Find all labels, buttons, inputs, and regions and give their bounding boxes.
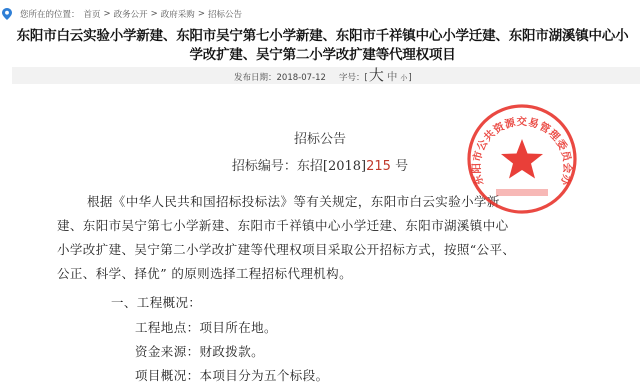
breadcrumb-separator: > [198, 9, 205, 19]
breadcrumb: 您所在的位置： 首页 > 政务公开 > 政府采购 > 招标公告 [2, 7, 242, 21]
breadcrumb-gov-affairs[interactable]: 政务公开 [114, 8, 148, 20]
breadcrumb-prefix: 您所在的位置： [20, 8, 80, 20]
publish-date: 发布日期：2018-07-12 [234, 71, 326, 83]
breadcrumb-separator: > [151, 9, 158, 19]
tender-number-prefix: 招标编号：东招[2018] [232, 159, 366, 174]
document-heading: 招标公告 [0, 128, 640, 147]
breadcrumb-tender-notice[interactable]: 招标公告 [208, 8, 242, 20]
paragraph-line: 根据《中华人民共和国招标投标法》等有关规定，东阳市白云实验小学新 [87, 192, 500, 210]
font-size-selector: 字号：[ 大 中 小 ] [339, 67, 412, 84]
paragraph-line: 建、东阳市吴宁第七小学新建、东阳市千祥镇中心小学迁建、东阳市湖溪镇中心 [57, 216, 509, 234]
tender-number-value: 215 [366, 159, 391, 174]
tender-number-suffix: 号 [391, 159, 408, 174]
tender-number: 招标编号：东招[2018]215 号 [0, 155, 640, 174]
fund-source: 资金来源：财政拨款。 [135, 342, 264, 360]
project-location: 工程地点：项目所在地。 [135, 318, 277, 336]
font-size-label: 字号：[ [339, 70, 368, 87]
breadcrumb-separator: > [104, 9, 111, 19]
paragraph-line: 公正、科学、择优” 的原则选择工程招标代理机构。 [57, 264, 352, 282]
location-pin-icon [2, 8, 12, 20]
font-size-medium-button[interactable]: 中 [387, 69, 398, 86]
section-heading: 一、工程概况： [111, 293, 201, 311]
breadcrumb-procurement[interactable]: 政府采购 [161, 8, 195, 20]
paragraph-line: 小学改扩建、吴宁第二小学改扩建等代理权项目采取公开招标方式，按照“公平、 [57, 240, 515, 258]
font-size-close-bracket: ] [408, 70, 411, 87]
article-meta-bar: 发布日期：2018-07-12 字号：[ 大 中 小 ] [12, 67, 640, 84]
font-size-small-button[interactable]: 小 [400, 70, 407, 87]
font-size-large-button[interactable]: 大 [369, 67, 384, 84]
article-title: 东阳市白云实验小学新建、东阳市吴宁第七小学新建、东阳市千祥镇中心小学迁建、东阳市… [10, 27, 635, 65]
project-overview: 项目概况：本项目分为五个标段。 [135, 366, 329, 382]
breadcrumb-home[interactable]: 首页 [84, 8, 101, 20]
